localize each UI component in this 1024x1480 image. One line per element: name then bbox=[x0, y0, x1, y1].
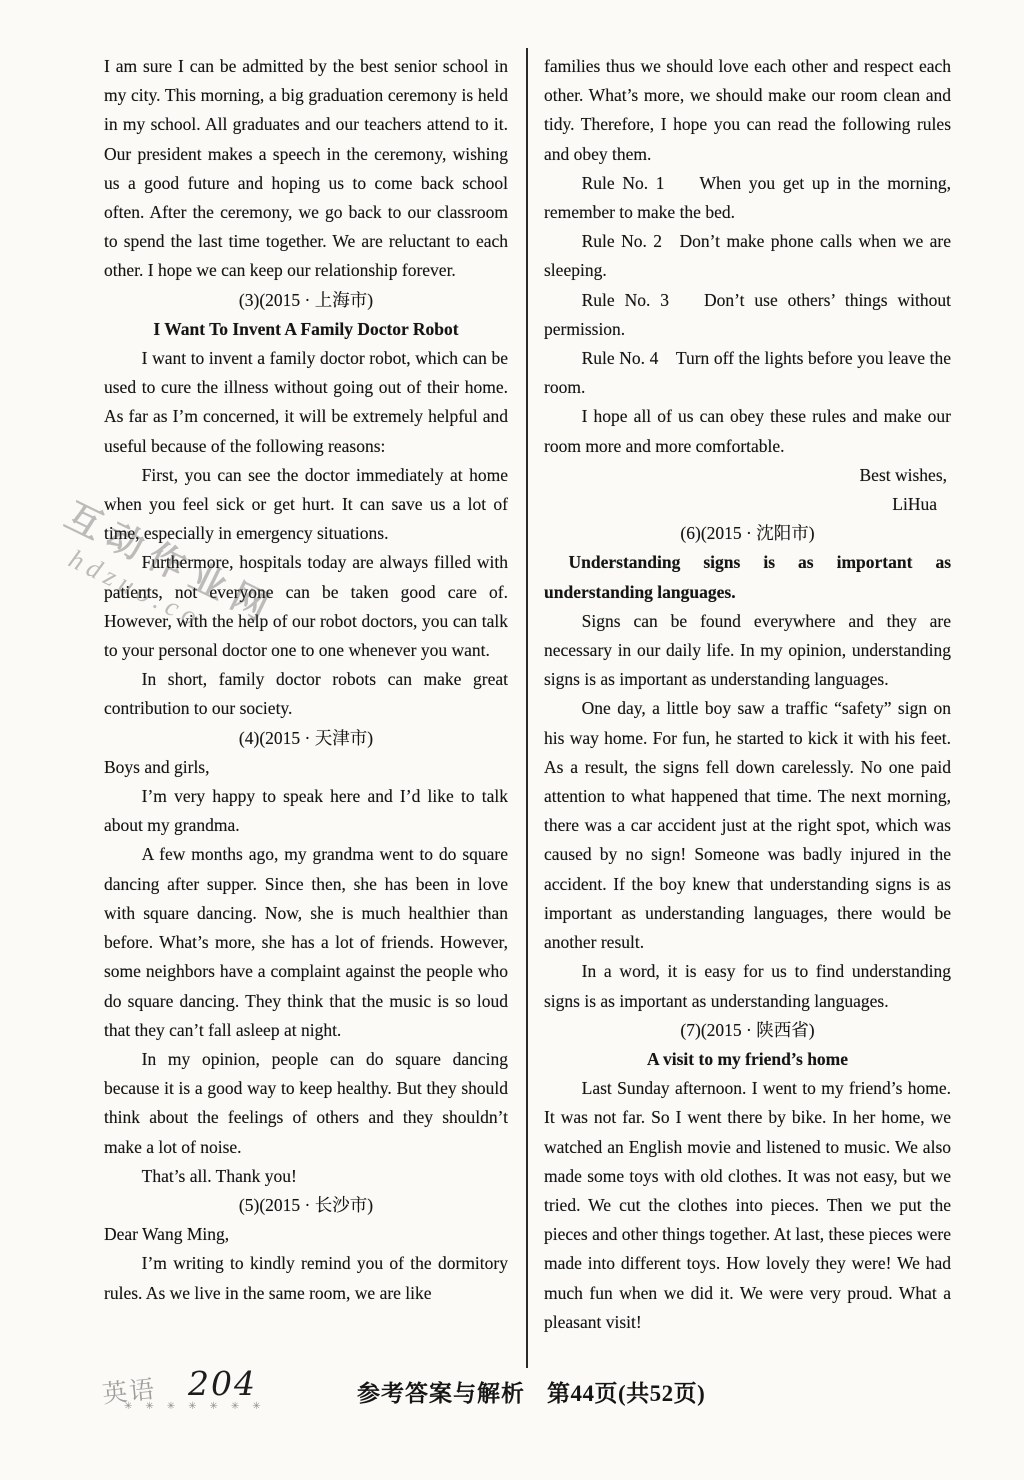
text-block: Signs can be found everywhere and they a… bbox=[544, 607, 951, 695]
text-block: A few months ago, my grandma went to do … bbox=[104, 840, 508, 1044]
text-block: One day, a little boy saw a traffic “saf… bbox=[544, 694, 951, 957]
text-block: Rule No. 3 Don’t use others’ things with… bbox=[544, 286, 951, 344]
footer-section-title: 参考答案与解析 bbox=[357, 1381, 525, 1406]
text-block: Last Sunday afternoon. I went to my frie… bbox=[544, 1074, 951, 1337]
book-page-number: 204 bbox=[188, 1364, 257, 1403]
text-block: families thus we should love each other … bbox=[544, 52, 951, 169]
right-text-column: families thus we should love each other … bbox=[544, 52, 951, 1337]
text-block: (6)(2015 · 沈阳市) bbox=[544, 519, 951, 548]
text-block: Rule No. 1 When you get up in the mornin… bbox=[544, 169, 951, 227]
text-block: Best wishes, bbox=[544, 461, 951, 490]
text-block: Understanding signs is as important as u… bbox=[544, 548, 951, 606]
text-block: Dear Wang Ming, bbox=[104, 1220, 508, 1249]
text-block: (5)(2015 · 长沙市) bbox=[104, 1191, 508, 1220]
text-block: I hope all of us can obey these rules an… bbox=[544, 402, 951, 460]
text-block: A visit to my friend’s home bbox=[544, 1045, 951, 1074]
left-text-column: I am sure I can be admitted by the best … bbox=[104, 52, 508, 1308]
footer-page-indicator: 第44页(共52页) bbox=[547, 1381, 705, 1406]
text-block: In my opinion, people can do square danc… bbox=[104, 1045, 508, 1162]
decorative-dots: ✳✳✳✳✳✳✳ bbox=[124, 1401, 274, 1412]
column-divider-rule bbox=[526, 48, 528, 1368]
text-block: Boys and girls, bbox=[104, 753, 508, 782]
text-block: I want to invent a family doctor robot, … bbox=[104, 344, 508, 461]
text-block: Rule No. 4 Turn off the lights before yo… bbox=[544, 344, 951, 402]
text-block: In short, family doctor robots can make … bbox=[104, 665, 508, 723]
text-block: I Want To Invent A Family Doctor Robot bbox=[104, 315, 508, 344]
text-block: (3)(2015 · 上海市) bbox=[104, 286, 508, 315]
footer-caption: 参考答案与解析 第44页(共52页) bbox=[357, 1375, 705, 1408]
text-block: I’m writing to kindly remind you of the … bbox=[104, 1249, 508, 1307]
text-block: Furthermore, hospitals today are always … bbox=[104, 548, 508, 665]
scanned-answer-page: I am sure I can be admitted by the best … bbox=[0, 0, 1024, 1480]
text-block: I’m very happy to speak here and I’d lik… bbox=[104, 782, 508, 840]
text-block: That’s all. Thank you! bbox=[104, 1162, 508, 1191]
text-block: In a word, it is easy for us to find und… bbox=[544, 957, 951, 1015]
text-block: I am sure I can be admitted by the best … bbox=[104, 52, 508, 286]
text-block: LiHua bbox=[544, 490, 951, 519]
text-block: (4)(2015 · 天津市) bbox=[104, 724, 508, 753]
text-block: First, you can see the doctor immediatel… bbox=[104, 461, 508, 549]
text-block: Rule No. 2 Don’t make phone calls when w… bbox=[544, 227, 951, 285]
text-block: (7)(2015 · 陕西省) bbox=[544, 1016, 951, 1045]
